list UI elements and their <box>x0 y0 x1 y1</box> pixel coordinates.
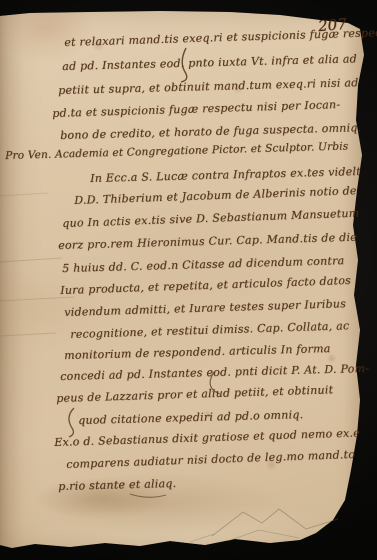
manuscript-photo: 207 et relaxari mand.tis exeq.ri et susp… <box>0 0 377 560</box>
